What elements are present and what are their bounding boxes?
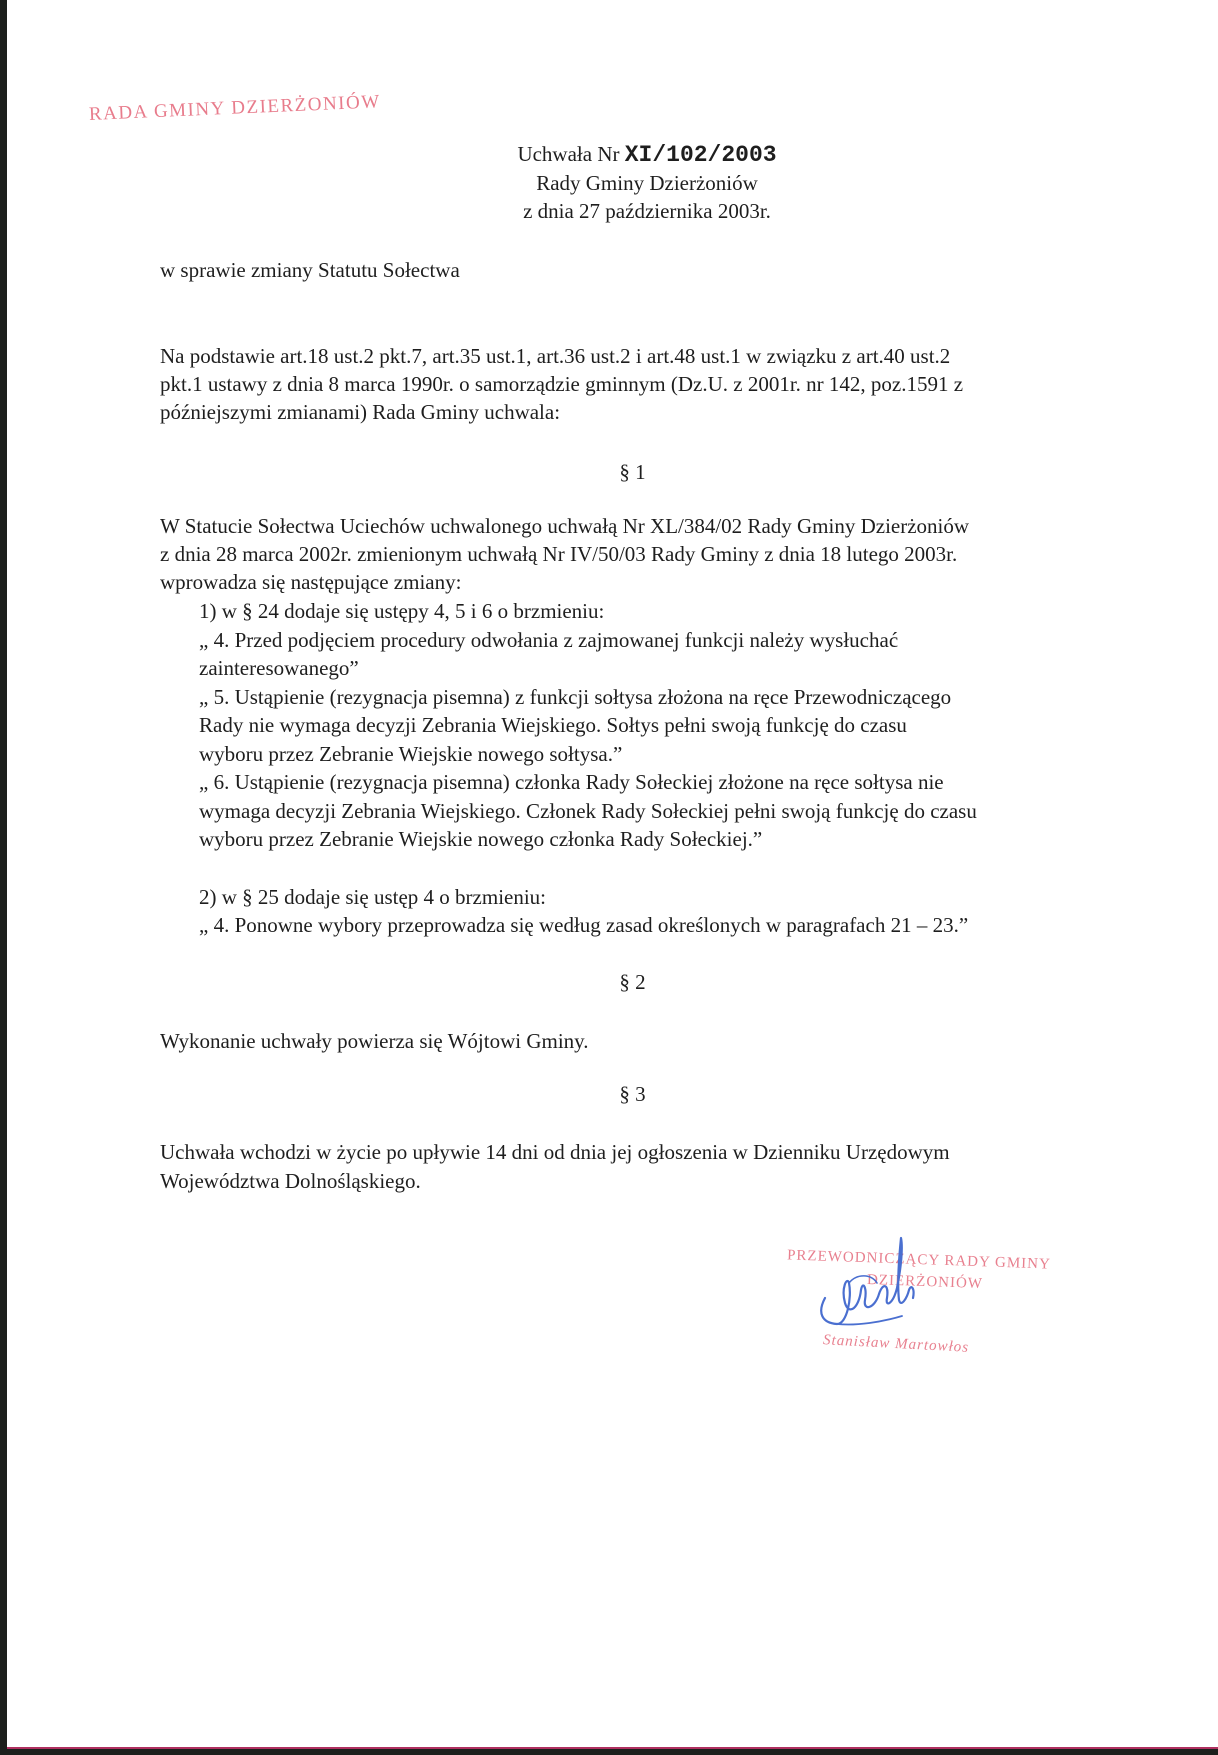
document-header: Uchwała Nr XI/102/2003 Rady Gminy Dzierż… xyxy=(437,140,857,225)
signature-block: PRZEWODNICZĄCY RADY GMINY DZIERŻONIÓW St… xyxy=(787,1250,1107,1370)
point-1-line: wymaga decyzji Zebrania Wiejskiego. Czło… xyxy=(199,797,977,826)
section-1-intro-line: z dnia 28 marca 2002r. zmienionym uchwał… xyxy=(160,540,957,569)
subject: w sprawie zmiany Statutu Sołectwa xyxy=(160,256,460,285)
section-3-text-line: Uchwała wchodzi w życie po upływie 14 dn… xyxy=(160,1138,950,1167)
handwritten-signature-icon xyxy=(797,1228,947,1338)
chairman-name: Stanisław Martowłos xyxy=(823,1332,970,1357)
council-stamp: RADA GMINY DZIERŻONIÓW xyxy=(89,91,382,126)
issuer: Rady Gminy Dzierżoniów xyxy=(437,169,857,197)
point-2-line: 2) w § 25 dodaje się ustęp 4 o brzmieniu… xyxy=(199,883,546,912)
point-1-line: 1) w § 24 dodaje się ustępy 4, 5 i 6 o b… xyxy=(199,597,604,626)
section-2-text: Wykonanie uchwały powierza się Wójtowi G… xyxy=(160,1027,589,1056)
point-1-line: wyboru przez Zebranie Wiejskie nowego cz… xyxy=(199,825,762,854)
title-prefix: Uchwała Nr xyxy=(517,142,624,166)
point-1-line: „ 4. Przed podjęciem procedury odwołania… xyxy=(199,626,898,655)
point-2-line: „ 4. Ponowne wybory przeprowadza się wed… xyxy=(199,911,968,940)
legal-basis-line: Na podstawie art.18 ust.2 pkt.7, art.35 … xyxy=(160,342,950,371)
section-1-intro-line: wprowadza się następujące zmiany: xyxy=(160,568,461,597)
section-3-label: § 3 xyxy=(7,1082,1218,1107)
section-3-text-line: Województwa Dolnośląskiego. xyxy=(160,1167,421,1196)
resolution-date: z dnia 27 października 2003r. xyxy=(437,197,857,225)
point-1-line: wyboru przez Zebranie Wiejskie nowego so… xyxy=(199,740,622,769)
point-1-line: zainteresowanego” xyxy=(199,654,359,683)
section-1-intro-line: W Statucie Sołectwa Uciechów uchwalonego… xyxy=(160,512,969,541)
section-1-label: § 1 xyxy=(7,460,1218,485)
resolution-number: XI/102/2003 xyxy=(625,142,777,168)
resolution-title: Uchwała Nr XI/102/2003 xyxy=(437,140,857,169)
legal-basis-line: pkt.1 ustawy z dnia 8 marca 1990r. o sam… xyxy=(160,370,963,399)
point-1-line: Rady nie wymaga decyzji Zebrania Wiejski… xyxy=(199,711,907,740)
point-1-line: „ 6. Ustąpienie (rezygnacja pisemna) czł… xyxy=(199,768,944,797)
section-2-label: § 2 xyxy=(7,970,1218,995)
point-1-line: „ 5. Ustąpienie (rezygnacja pisemna) z f… xyxy=(199,683,951,712)
document-page: RADA GMINY DZIERŻONIÓW Uchwała Nr XI/102… xyxy=(7,0,1218,1749)
legal-basis-line: późniejszymi zmianami) Rada Gminy uchwal… xyxy=(160,398,560,427)
